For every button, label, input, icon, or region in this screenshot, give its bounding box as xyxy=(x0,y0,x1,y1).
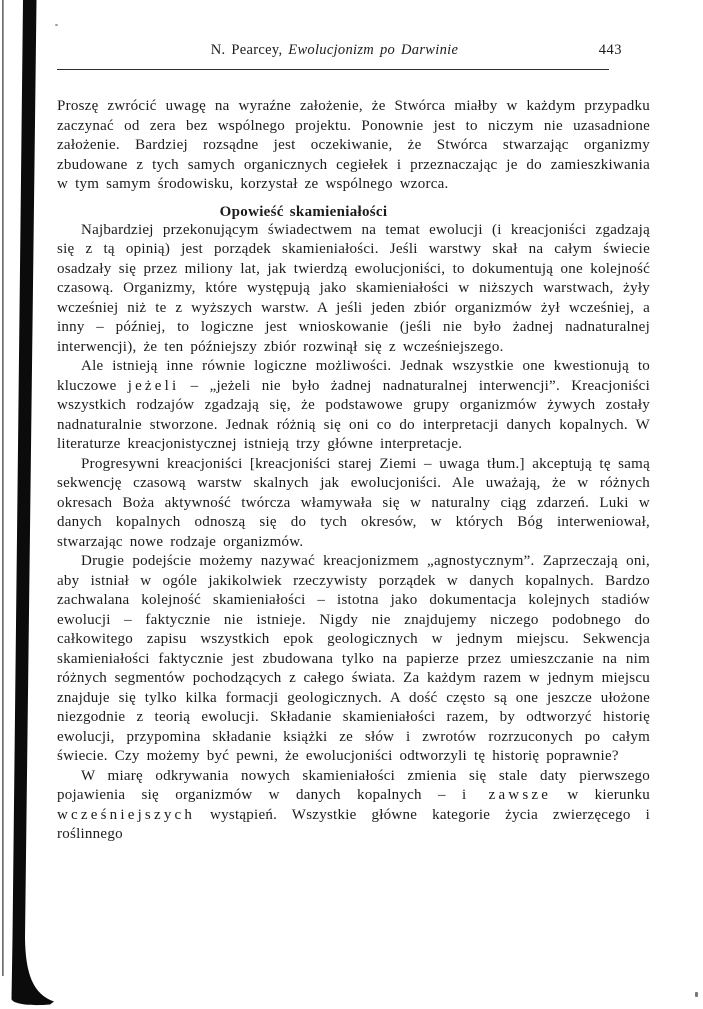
scanned-book-page: N. Pearcey, Ewolucjonizm po Darwinie 443… xyxy=(0,0,703,1009)
paragraph: Drugie podejście możemy nazywać kreacjon… xyxy=(57,552,650,767)
paragraph-segment: w kierunku xyxy=(551,787,650,803)
header-rule xyxy=(57,69,609,70)
running-header-title: N. Pearcey, Ewolucjonizm po Darwinie xyxy=(57,40,612,60)
scan-speck xyxy=(695,992,698,997)
header-author: N. Pearcey, xyxy=(211,42,289,58)
page-number: 443 xyxy=(599,40,622,60)
page-edge-line xyxy=(2,0,4,976)
header-book-title: Ewolucjonizm po Darwinie xyxy=(288,42,458,58)
body-text: Proszę zwrócić uwagę na wyraźne założeni… xyxy=(57,97,650,845)
page-content: N. Pearcey, Ewolucjonizm po Darwinie 443… xyxy=(57,40,650,845)
emphasized-spaced-word: i zawsze xyxy=(462,787,551,803)
section-heading: Opowieść skamieniałości xyxy=(57,204,650,221)
paragraph: Najbardziej przekonującym świadectwem na… xyxy=(57,221,650,358)
binding-bar xyxy=(12,0,55,1005)
emphasized-spaced-word: jeżeli xyxy=(128,378,180,394)
scan-speck xyxy=(55,24,58,26)
emphasized-spaced-word: wcześniejszych xyxy=(57,807,195,823)
paragraph: Ale istnieją inne równie logiczne możliw… xyxy=(57,357,650,455)
paragraph: Progresywni kreacjoniści [kreacjoniści s… xyxy=(57,455,650,553)
paragraph: Proszę zwrócić uwagę na wyraźne założeni… xyxy=(57,97,650,195)
running-header: N. Pearcey, Ewolucjonizm po Darwinie 443 xyxy=(57,40,650,62)
paragraph: W miarę odkrywania nowych skamieniałości… xyxy=(57,767,650,845)
